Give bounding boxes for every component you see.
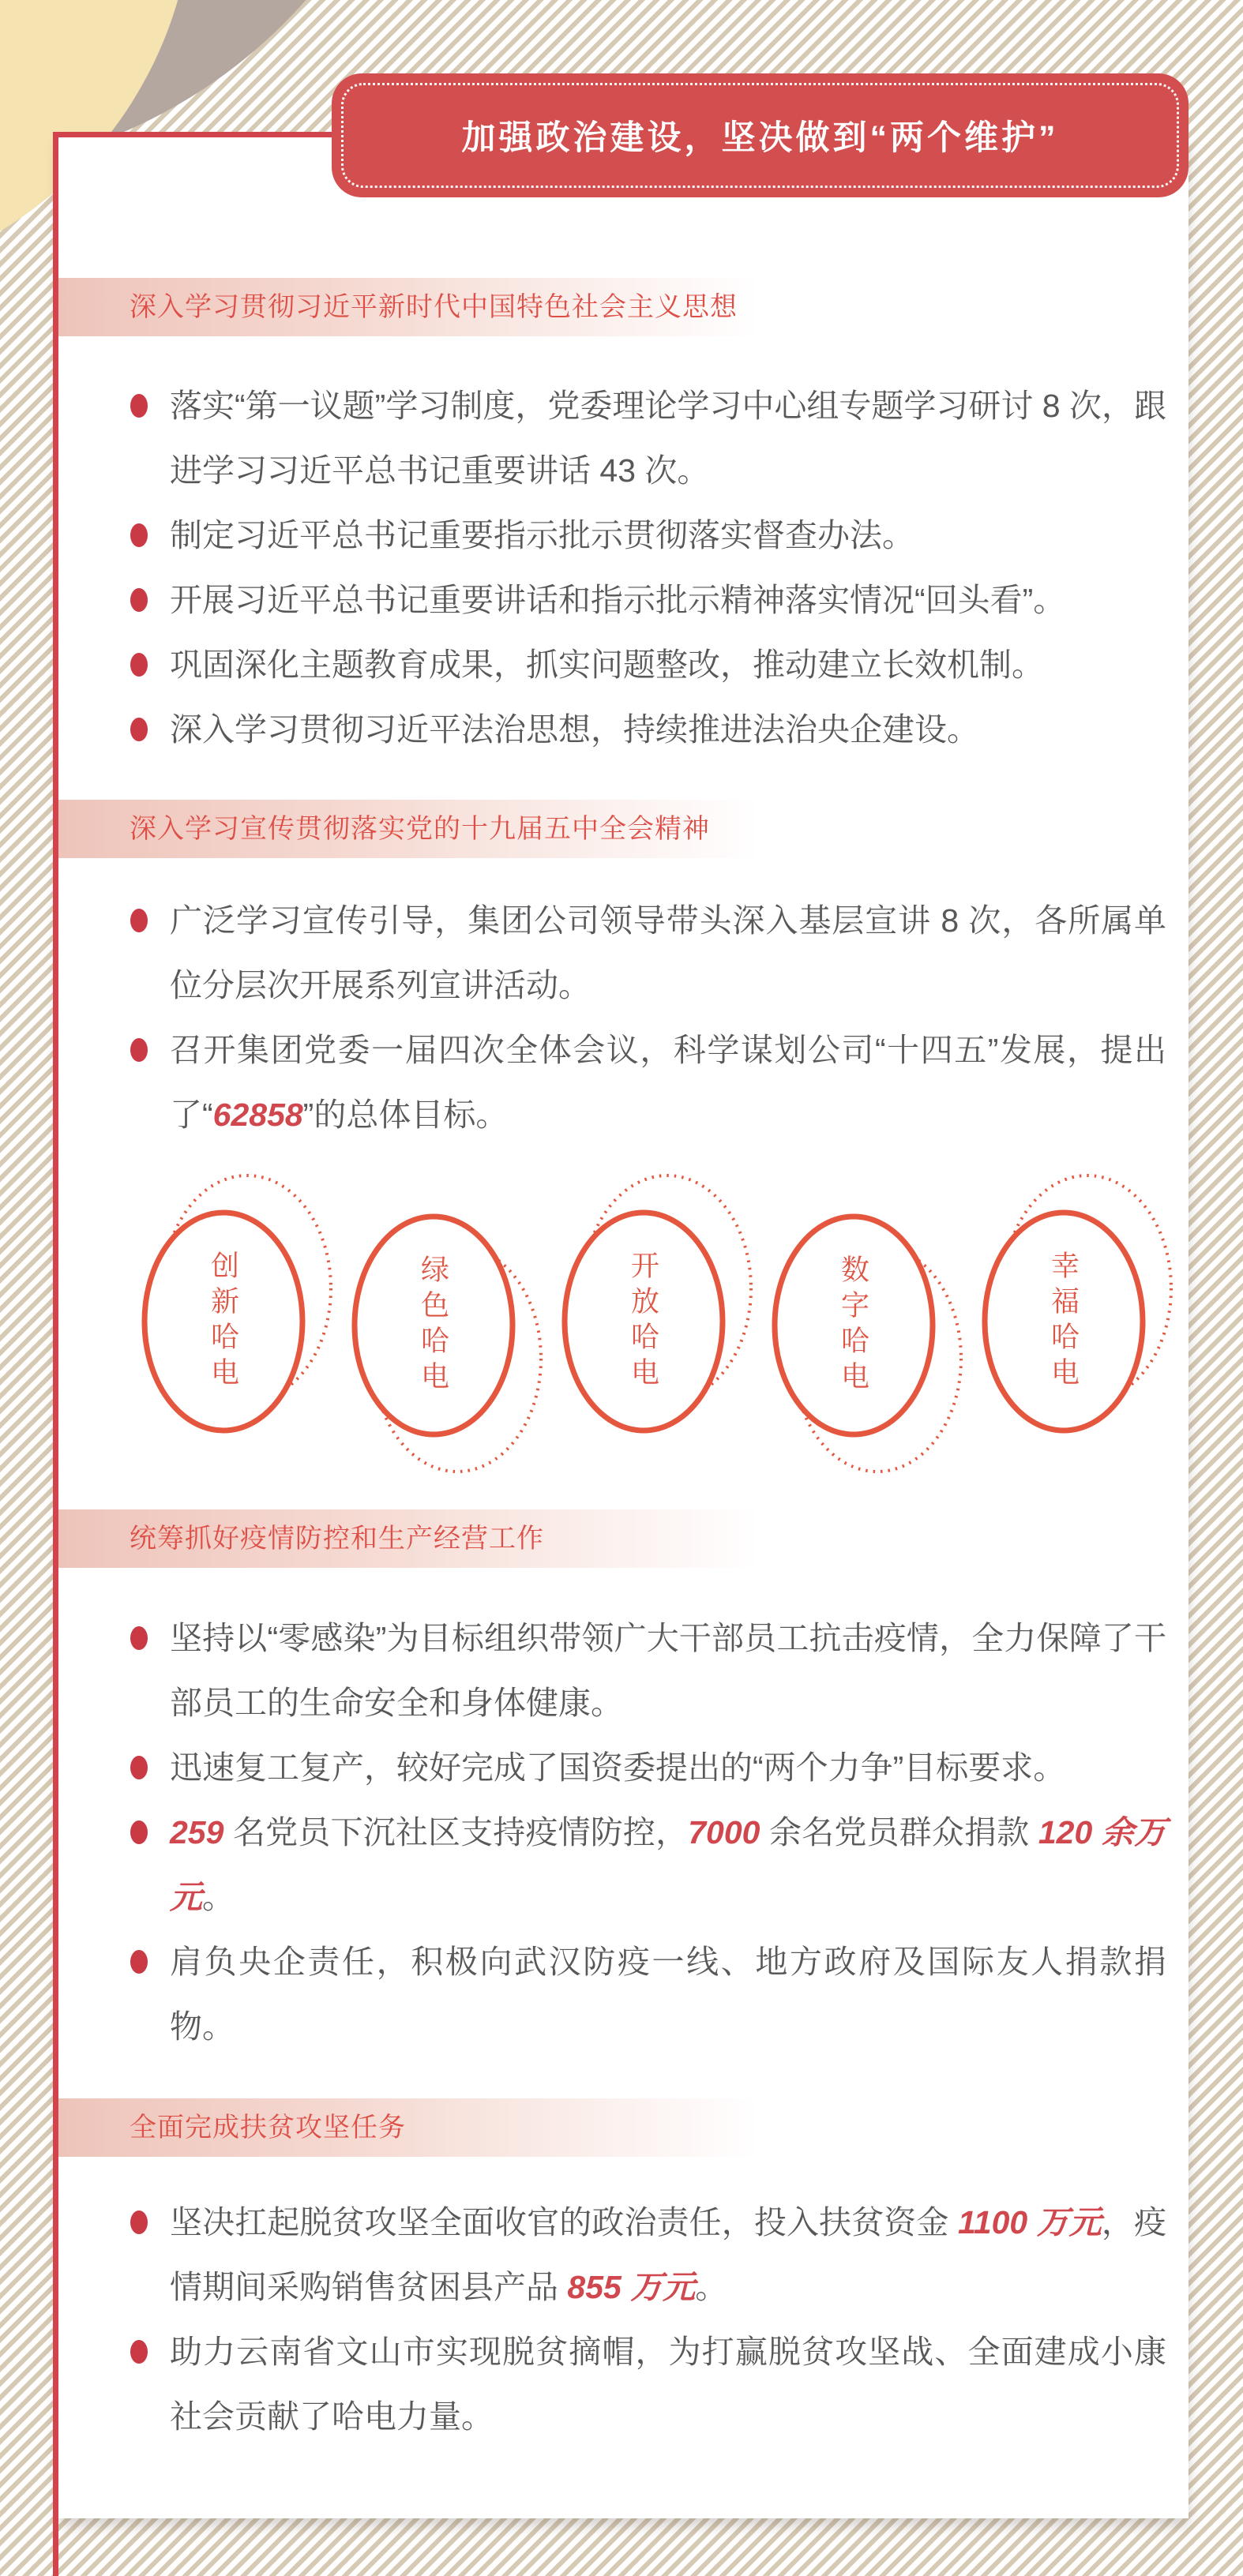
body-text: 制定习近平总书记重要指示批示贯彻落实督查办法。: [170, 517, 914, 553]
highlight-number: 259: [170, 1814, 223, 1850]
body-text: 肩负央企责任，积极向武汉防疫一线、地方政府及国际友人捐款捐物。: [170, 1944, 1166, 2045]
list-item: 召开集团党委一届四次全体会议，科学谋划公司“十四五”发展，提出了“62858”的…: [170, 1018, 1166, 1147]
title-banner: 加强政治建设，坚决做到“两个维护”: [332, 73, 1189, 197]
badge-innovation: 创新哈电: [142, 1179, 313, 1475]
body-text: 余名党员群众捐款: [760, 1814, 1038, 1850]
list-item: 坚持以“零感染”为目标组织带领广大干部员工抗击疫情，全力保障了干部员工的生命安全…: [170, 1606, 1166, 1735]
badge-label: 绿色哈电: [414, 1254, 454, 1397]
section-header-poverty-alleviation: 全面完成扶贫攻坚任务: [58, 2098, 1189, 2157]
badge-label: 开放哈电: [624, 1251, 664, 1393]
body-text: 坚决扛起脱贫攻坚全面收官的政治责任，投入扶贫资金: [170, 2204, 958, 2240]
list-item: 落实“第一议题”学习制度，党委理论学习中心组专题学习研讨 8 次，跟进学习习近平…: [170, 373, 1166, 503]
body-text: 。: [695, 2269, 727, 2305]
content-card: 深入学习贯彻习近平新时代中国特色社会主义思想 落实“第一议题”学习制度，党委理论…: [58, 137, 1189, 2518]
list-item: 开展习近平总书记重要讲话和指示批示精神落实情况“回头看”。: [170, 568, 1166, 632]
body-text: ”的总体目标。: [303, 1097, 509, 1133]
body-text: 广泛学习宣传引导，集团公司领导带头深入基层宣讲 8 次，各所属单位分层次开展系列…: [170, 902, 1166, 1003]
body-text: 深入学习贯彻习近平法治思想，持续推进法治央企建设。: [170, 711, 979, 748]
highlight-number: 7000: [688, 1814, 760, 1850]
list-item: 肩负央企责任，积极向武汉防疫一线、地方政府及国际友人捐款捐物。: [170, 1929, 1166, 2059]
bullet-list-section-2: 广泛学习宣传引导，集团公司领导带头深入基层宣讲 8 次，各所属单位分层次开展系列…: [170, 888, 1166, 1147]
poster-page: 加强政治建设，坚决做到“两个维护” 深入学习贯彻习近平新时代中国特色社会主义思想…: [0, 0, 1243, 2576]
badge-label: 创新哈电: [204, 1251, 244, 1393]
list-item: 深入学习贯彻习近平法治思想，持续推进法治央企建设。: [170, 697, 1166, 762]
list-item: 巩固深化主题教育成果，抓实问题整改，推动建立长效机制。: [170, 632, 1166, 697]
list-item: 助力云南省文山市实现脱贫摘帽，为打赢脱贫攻坚战、全面建成小康社会贡献了哈电力量。: [170, 2319, 1166, 2449]
goal-badges-row: 创新哈电 绿色哈电 开放哈电: [142, 1179, 1153, 1475]
badge-digital: 数字哈电: [772, 1179, 943, 1475]
badge-label: 数字哈电: [834, 1254, 874, 1397]
body-text: 名党员下沉社区支持疫情防控，: [223, 1814, 688, 1850]
bullet-list-section-3: 坚持以“零感染”为目标组织带领广大干部员工抗击疫情，全力保障了干部员工的生命安全…: [170, 1606, 1166, 2059]
bullet-list-section-1: 落实“第一议题”学习制度，党委理论学习中心组专题学习研讨 8 次，跟进学习习近平…: [170, 373, 1166, 762]
list-item: 广泛学习宣传引导，集团公司领导带头深入基层宣讲 8 次，各所属单位分层次开展系列…: [170, 888, 1166, 1018]
badge-open: 开放哈电: [562, 1179, 733, 1475]
highlight-number: 1100 万元: [958, 2204, 1102, 2240]
body-text: 开展习近平总书记重要讲话和指示批示精神落实情况“回头看”。: [170, 582, 1065, 618]
badge-happiness: 幸福哈电: [982, 1179, 1153, 1475]
body-text: 落实“第一议题”学习制度，党委理论学习中心组专题学习研讨 8 次，跟进学习习近平…: [170, 388, 1166, 489]
section-header-study-thought: 深入学习贯彻习近平新时代中国特色社会主义思想: [58, 278, 1189, 336]
body-text: 迅速复工复产，较好完成了国资委提出的“两个力争”目标要求。: [170, 1749, 1065, 1786]
highlight-number: 62858: [213, 1097, 303, 1133]
list-item: 制定习近平总书记重要指示批示贯彻落实督查办法。: [170, 503, 1166, 568]
highlight-number: 855 万元: [567, 2269, 695, 2305]
page-title: 加强政治建设，坚决做到“两个维护”: [462, 111, 1059, 159]
bullet-list-section-4: 坚决扛起脱贫攻坚全面收官的政治责任，投入扶贫资金 1100 万元，疫情期间采购销…: [170, 2190, 1166, 2449]
list-item: 迅速复工复产，较好完成了国资委提出的“两个力争”目标要求。: [170, 1735, 1166, 1800]
body-text: 助力云南省文山市实现脱贫摘帽，为打赢脱贫攻坚战、全面建成小康社会贡献了哈电力量。: [170, 2334, 1166, 2435]
list-item: 坚决扛起脱贫攻坚全面收官的政治责任，投入扶贫资金 1100 万元，疫情期间采购销…: [170, 2190, 1166, 2319]
section-header-pandemic-production: 统筹抓好疫情防控和生产经营工作: [58, 1509, 1189, 1568]
badge-label: 幸福哈电: [1044, 1251, 1084, 1393]
body-text: 坚持以“零感染”为目标组织带领广大干部员工抗击疫情，全力保障了干部员工的生命安全…: [170, 1620, 1166, 1721]
body-text: 巩固深化主题教育成果，抓实问题整改，推动建立长效机制。: [170, 647, 1044, 683]
badge-green: 绿色哈电: [352, 1179, 523, 1475]
body-text: 。: [202, 1879, 235, 1915]
section-header-plenary-spirit: 深入学习宣传贯彻落实党的十九届五中全会精神: [58, 800, 1189, 858]
card-left-border: [53, 132, 58, 2576]
list-item: 259 名党员下沉社区支持疫情防控，7000 余名党员群众捐款 120 余万元。: [170, 1800, 1166, 1929]
